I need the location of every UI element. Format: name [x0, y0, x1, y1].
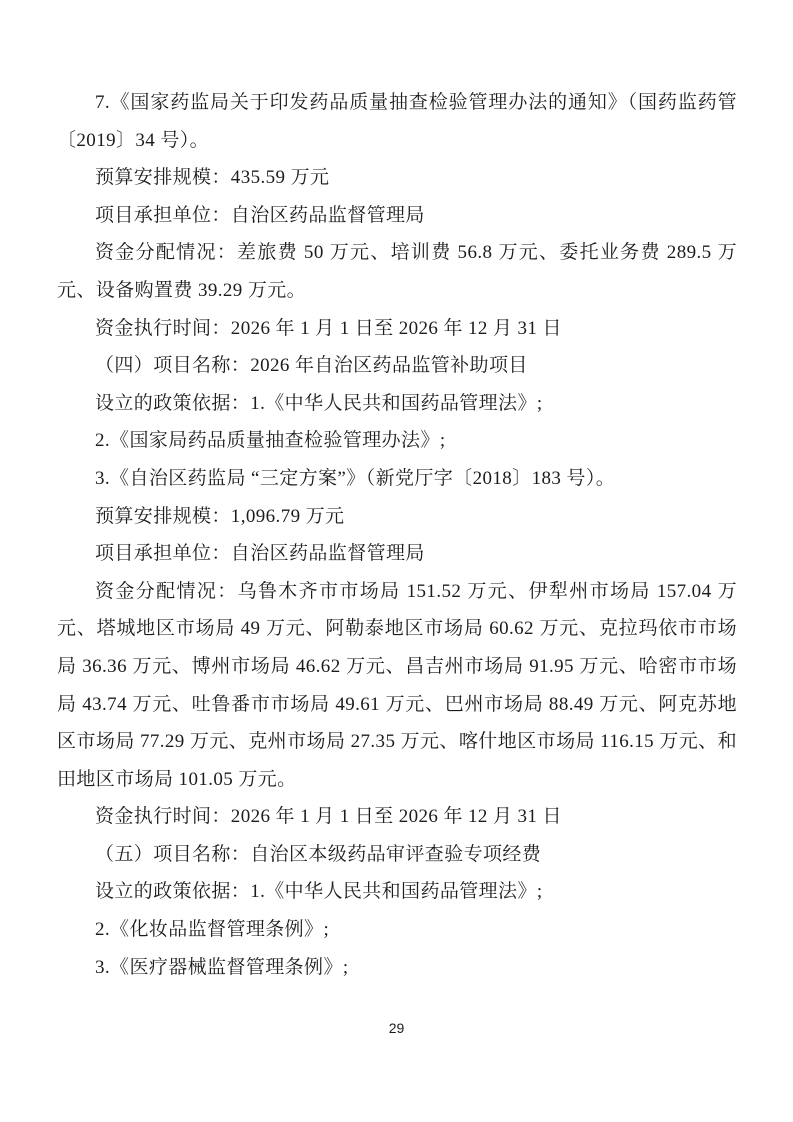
paragraph: 资金分配情况：乌鲁木齐市市场局 151.52 万元、伊犁州市场局 157.04 … — [57, 573, 737, 799]
paragraph: 设立的政策依据：1.《中华人民共和国药品管理法》; — [57, 873, 737, 911]
paragraph: 资金执行时间：2026 年 1 月 1 日至 2026 年 12 月 31 日 — [57, 798, 737, 836]
paragraph: （五）项目名称：自治区本级药品审评查验专项经费 — [57, 836, 737, 874]
paragraph: 7.《国家药监局关于印发药品质量抽查检验管理办法的通知》（国药监药管〔2019〕… — [57, 84, 737, 159]
paragraph: 2.《国家局药品质量抽查检验管理办法》; — [57, 422, 737, 460]
document-body: 7.《国家药监局关于印发药品质量抽查检验管理办法的通知》（国药监药管〔2019〕… — [57, 84, 737, 986]
document-page: 7.《国家药监局关于印发药品质量抽查检验管理办法的通知》（国药监药管〔2019〕… — [0, 0, 793, 1122]
paragraph: 3.《自治区药监局 “三定方案”》（新党厅字〔2018〕183 号）。 — [57, 460, 737, 498]
paragraph: （四）项目名称：2026 年自治区药品监管补助项目 — [57, 347, 737, 385]
page-number: 29 — [0, 1020, 793, 1036]
paragraph: 3.《医疗器械监督管理条例》; — [57, 949, 737, 987]
paragraph: 资金分配情况：差旅费 50 万元、培训费 56.8 万元、委托业务费 289.5… — [57, 234, 737, 309]
paragraph: 2.《化妆品监督管理条例》; — [57, 911, 737, 949]
paragraph: 设立的政策依据：1.《中华人民共和国药品管理法》; — [57, 385, 737, 423]
paragraph: 项目承担单位：自治区药品监督管理局 — [57, 197, 737, 235]
paragraph: 预算安排规模：435.59 万元 — [57, 159, 737, 197]
paragraph: 预算安排规模：1,096.79 万元 — [57, 498, 737, 536]
paragraph: 资金执行时间：2026 年 1 月 1 日至 2026 年 12 月 31 日 — [57, 310, 737, 348]
paragraph: 项目承担单位：自治区药品监督管理局 — [57, 535, 737, 573]
